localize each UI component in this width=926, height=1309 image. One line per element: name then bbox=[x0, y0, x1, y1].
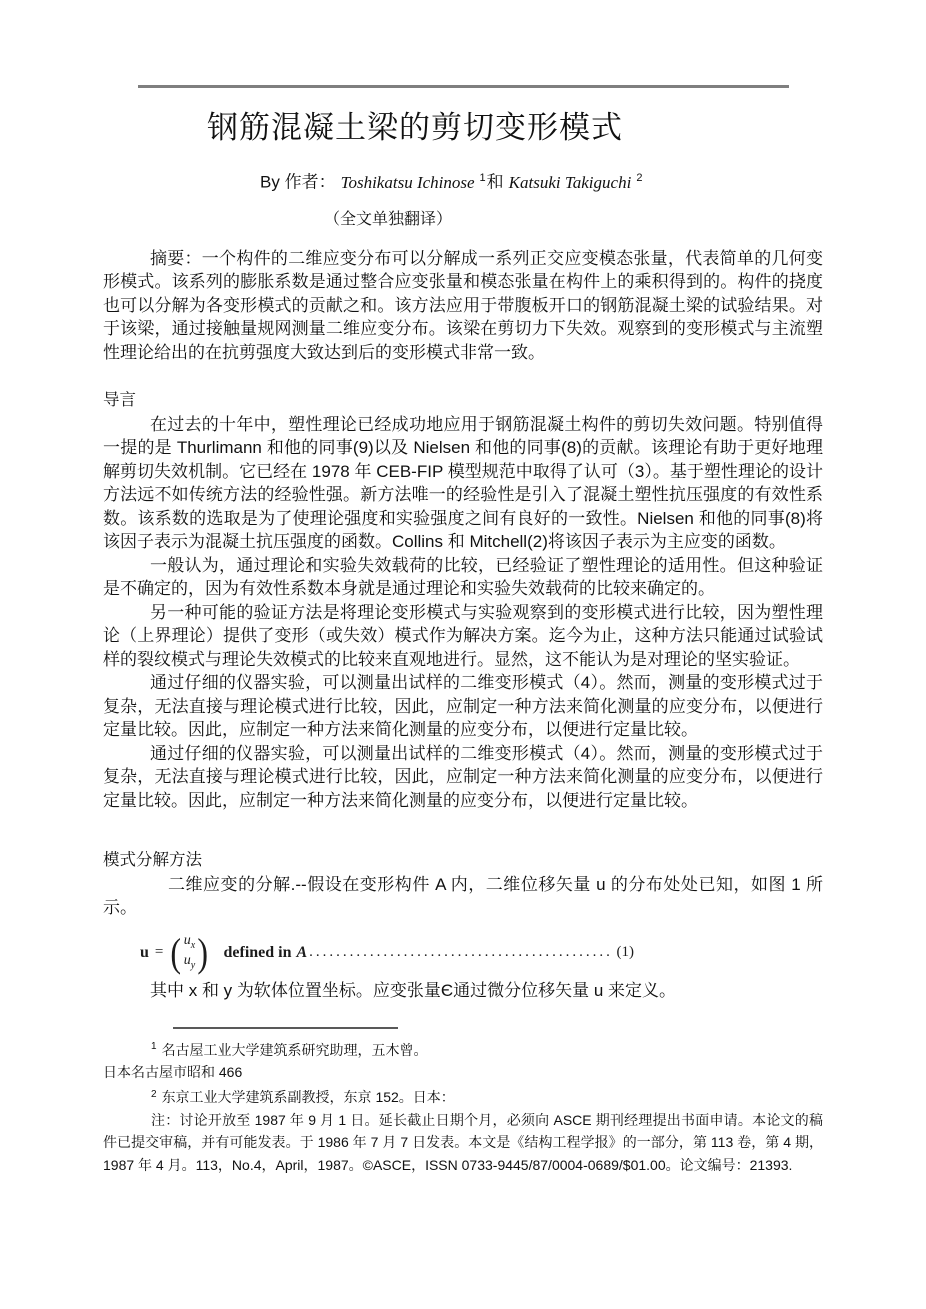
footnote-note: 注：讨论开放至 1987 年 9 月 1 日。延长截止日期个月，必须向 ASCE… bbox=[103, 1109, 823, 1177]
intro-paragraph-1: 在过去的十年中，塑性理论已经成功地应用于钢筋混凝土构件的剪切失效问题。特别值得一… bbox=[103, 413, 823, 554]
footnote-1-text: 名古屋工业大学建筑系研究助理，五木曾。 bbox=[162, 1042, 428, 1058]
footnote-2-marker: 2 bbox=[151, 1089, 157, 1100]
vector-uy-base: u bbox=[184, 953, 191, 968]
vector-component-y: uy bbox=[184, 953, 195, 973]
domain-variable-A: A bbox=[297, 944, 308, 961]
footnotes-block: 1名古屋工业大学建筑系研究助理，五木曾。 日本名古屋市昭和 466 2东京工业大… bbox=[103, 1036, 823, 1176]
author-1-affiliation-marker: 1 bbox=[480, 172, 486, 184]
translation-note: （全文单独翻译） bbox=[103, 208, 823, 232]
left-paren: ( bbox=[171, 933, 182, 973]
method-heading: 模式分解方法 bbox=[103, 849, 823, 873]
dot-leader: ........................................… bbox=[309, 944, 610, 961]
footnote-2: 2东京工业大学建筑系副教授，东京 152。日本： bbox=[103, 1084, 823, 1109]
intro-heading: 导言 bbox=[103, 389, 823, 413]
footnote-separator bbox=[173, 1027, 398, 1029]
byline: By 作者：Toshikatsu Ichinose1和Katsuki Takig… bbox=[103, 166, 823, 195]
byline-conjunction: 和 bbox=[487, 173, 504, 192]
method-paragraph-2: 其中 x 和 y 为软体位置坐标。应变张量Є通过微分位移矢量 u 来定义。 bbox=[103, 979, 823, 1003]
byline-by: By bbox=[260, 173, 280, 192]
author-2-affiliation-marker: 2 bbox=[636, 172, 642, 184]
equation-number: (1) bbox=[617, 944, 635, 961]
document-page: 钢筋混凝土梁的剪切变形模式 By 作者：Toshikatsu Ichinose1… bbox=[0, 0, 926, 1176]
footnote-1-marker: 1 bbox=[151, 1041, 157, 1052]
intro-paragraph-5: 通过仔细的仪器实验，可以测量出试样的二维变形模式（4）。然而，测量的变形模式过于… bbox=[103, 742, 823, 813]
abstract-paragraph: 摘要：一个构件的二维应变分布可以分解成一系列正交应变模态张量，代表简单的几何变形… bbox=[103, 247, 823, 365]
vector-component-x: ux bbox=[184, 933, 195, 953]
intro-paragraph-4: 通过仔细的仪器实验，可以测量出试样的二维变形模式（4）。然而，测量的变形模式过于… bbox=[103, 671, 823, 742]
equation-1: u = ( ux uy ) defined inA ..............… bbox=[140, 927, 634, 979]
intro-paragraph-3: 另一种可能的验证方法是将理论变形模式与实验观察到的变形模式进行比较，因为塑性理论… bbox=[103, 601, 823, 672]
intro-paragraph-2: 一般认为，通过理论和实验失效载荷的比较，已经验证了塑性理论的适用性。但这种验证是… bbox=[103, 554, 823, 601]
equals-sign: = bbox=[155, 944, 163, 961]
vector-ux-subscript: x bbox=[191, 940, 195, 951]
footnote-2-text: 东京工业大学建筑系副教授，东京 152。日本： bbox=[162, 1089, 455, 1105]
author-1-name: Toshikatsu Ichinose bbox=[341, 173, 475, 192]
footnote-1-address: 日本名古屋市昭和 466 bbox=[103, 1061, 823, 1084]
footnote-1: 1名古屋工业大学建筑系研究助理，五木曾。 bbox=[103, 1036, 823, 1061]
equation-lhs-u: u bbox=[140, 944, 149, 962]
document-title: 钢筋混凝土梁的剪切变形模式 bbox=[103, 106, 823, 150]
method-paragraph-1: 二维应变的分解.--假设在变形构件 A 内，二维位移矢量 u 的分布处处已知，如… bbox=[103, 873, 823, 920]
right-paren: ) bbox=[197, 933, 208, 973]
byline-author-label: 作者： bbox=[285, 173, 336, 192]
vector-uy-subscript: y bbox=[191, 959, 195, 970]
defined-in-text: defined in bbox=[223, 944, 291, 961]
vector-ux-base: u bbox=[184, 933, 191, 948]
displacement-vector: ux uy bbox=[184, 933, 195, 973]
author-2-name: Katsuki Takiguchi bbox=[509, 173, 632, 192]
defined-in-label: defined inA bbox=[223, 944, 307, 962]
header-rule bbox=[138, 85, 789, 88]
